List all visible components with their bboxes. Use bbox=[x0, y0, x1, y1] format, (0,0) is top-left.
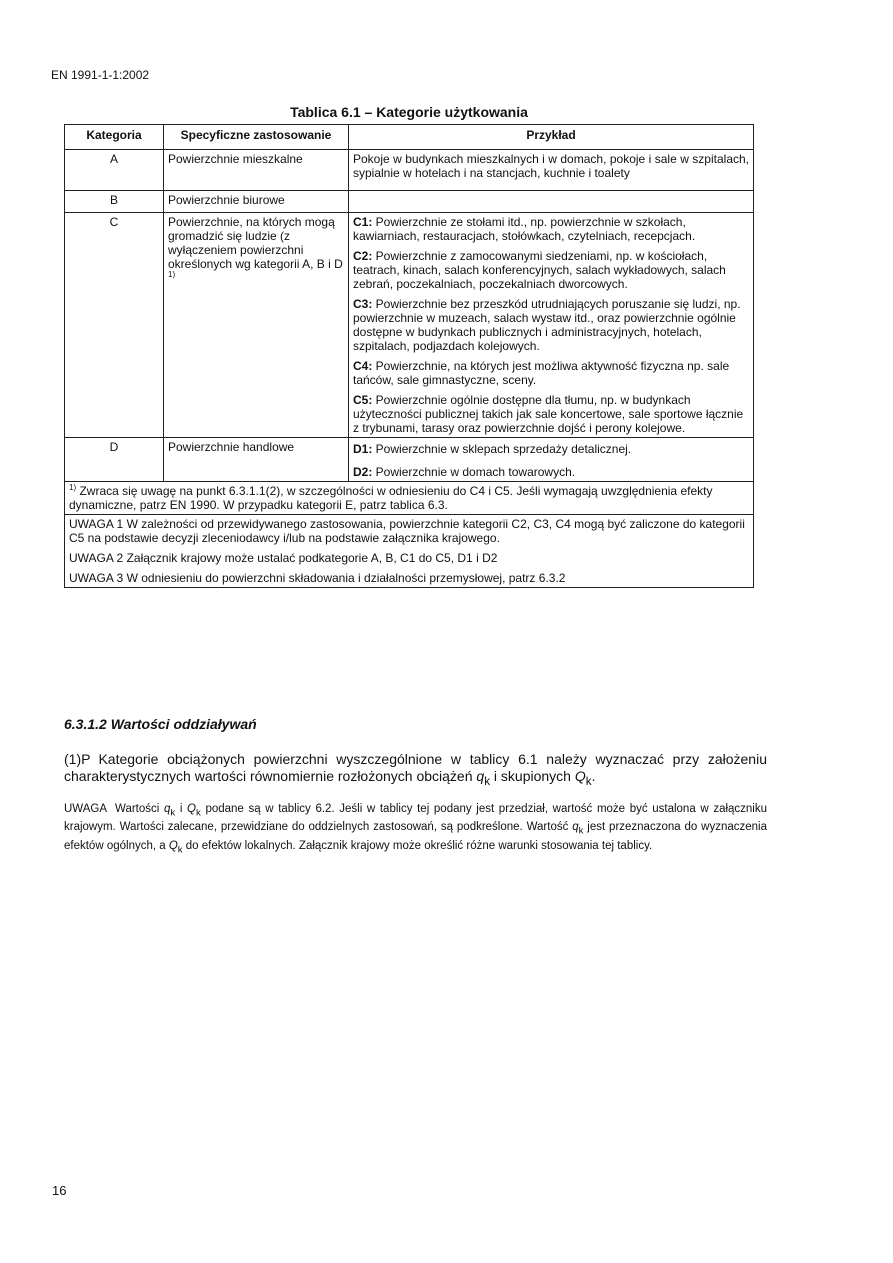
subcategory-code: C3: bbox=[353, 297, 372, 311]
document-id: EN 1991-1-1:2002 bbox=[51, 68, 149, 82]
subcategory-text: Powierzchnie w domach towarowych. bbox=[372, 465, 575, 479]
table-title: Tablica 6.1 – Kategorie użytkowania bbox=[64, 104, 754, 120]
column-header-use: Specyficzne zastosowanie bbox=[164, 125, 349, 150]
subcategory-text: Powierzchnie ze stołami itd., np. powier… bbox=[353, 215, 695, 243]
subcategory-c3: C3: Powierzchnie bez przeszkód utrudniaj… bbox=[353, 297, 749, 353]
example-cell: Pokoje w budynkach mieszkalnych i w doma… bbox=[349, 150, 754, 191]
note-2: UWAGA 2 Załącznik krajowy może ustalać p… bbox=[69, 551, 749, 565]
table-footnote: 1) Zwraca się uwagę na punkt 6.3.1.1(2),… bbox=[65, 482, 754, 515]
table-row-c: C Powierzchnie, na których mogą gromadzi… bbox=[65, 213, 754, 438]
page-number: 16 bbox=[52, 1183, 66, 1198]
note-text: do efektów lokalnych. Załącznik krajowy … bbox=[183, 840, 653, 852]
use-cell: Powierzchnie, na których mogą gromadzić … bbox=[164, 213, 349, 438]
note-text: Wartości bbox=[115, 803, 164, 815]
notes-row: UWAGA 1 W zależności od przewidywanego z… bbox=[65, 515, 754, 588]
symbol-Q: Q bbox=[575, 768, 586, 784]
paragraph-text: i skupionych bbox=[490, 768, 575, 784]
table-notes: UWAGA 1 W zależności od przewidywanego z… bbox=[65, 515, 754, 588]
table-row-d: D Powierzchnie handlowe D1: Powierzchnie… bbox=[65, 438, 754, 482]
subcategory-code: D2: bbox=[353, 465, 372, 479]
note-3: UWAGA 3 W odniesieniu do powierzchni skł… bbox=[69, 571, 749, 585]
subcategory-d2: D2: Powierzchnie w domach towarowych. bbox=[353, 465, 749, 479]
subcategory-c4: C4: Powierzchnie, na których jest możliw… bbox=[353, 359, 749, 387]
note-1: UWAGA 1 W zależności od przewidywanego z… bbox=[69, 517, 749, 545]
subcategory-code: C2: bbox=[353, 249, 372, 263]
note-paragraph: UWAGAWartości qk i Qk podane są w tablic… bbox=[64, 802, 767, 857]
footnote-text: Zwraca się uwagę na punkt 6.3.1.1(2), w … bbox=[69, 484, 712, 512]
example-cell: D1: Powierzchnie w sklepach sprzedaży de… bbox=[349, 438, 754, 482]
subcategory-code: C1: bbox=[353, 215, 372, 229]
section-heading: 6.3.1.2 Wartości oddziaływań bbox=[64, 716, 257, 732]
table-header-row: Kategoria Specyficzne zastosowanie Przyk… bbox=[65, 125, 754, 150]
clause-number: (1)P bbox=[64, 751, 90, 767]
symbol-Q: Q bbox=[169, 840, 178, 852]
subcategory-text: Powierzchnie w sklepach sprzedaży detali… bbox=[372, 442, 631, 456]
category-cell: D bbox=[65, 438, 164, 482]
note-label: UWAGA bbox=[64, 803, 107, 815]
clause-paragraph: (1)PKategorie obciążonych powierzchni wy… bbox=[64, 751, 767, 790]
column-header-example: Przykład bbox=[349, 125, 754, 150]
example-cell: C1: Powierzchnie ze stołami itd., np. po… bbox=[349, 213, 754, 438]
use-cell: Powierzchnie mieszkalne bbox=[164, 150, 349, 191]
subcategory-c2: C2: Powierzchnie z zamocowanymi siedzeni… bbox=[353, 249, 749, 291]
subcategory-code: D1: bbox=[353, 442, 372, 456]
category-cell: B bbox=[65, 191, 164, 213]
subcategory-text: Powierzchnie, na których jest możliwa ak… bbox=[353, 359, 729, 387]
table-row-a: A Powierzchnie mieszkalne Pokoje w budyn… bbox=[65, 150, 754, 191]
subcategory-c5: C5: Powierzchnie ogólnie dostępne dla tł… bbox=[353, 393, 749, 435]
example-cell-empty bbox=[349, 191, 754, 213]
footnote-ref: 1) bbox=[168, 270, 175, 279]
subcategory-c1: C1: Powierzchnie ze stołami itd., np. po… bbox=[353, 215, 749, 243]
paragraph-text: Kategorie obciążonych powierzchni wyszcz… bbox=[64, 751, 767, 784]
use-text: Powierzchnie, na których mogą gromadzić … bbox=[168, 215, 343, 271]
subcategory-code: C4: bbox=[353, 359, 372, 373]
column-header-category: Kategoria bbox=[65, 125, 164, 150]
paragraph-text: . bbox=[592, 768, 596, 784]
categories-table: Kategoria Specyficzne zastosowanie Przyk… bbox=[64, 124, 754, 588]
subcategory-text: Powierzchnie bez przeszkód utrudniającyc… bbox=[353, 297, 741, 353]
category-cell: C bbox=[65, 213, 164, 438]
note-text: i bbox=[175, 803, 187, 815]
subcategory-text: Powierzchnie z zamocowanymi siedzeniami,… bbox=[353, 249, 726, 291]
table-row-b: B Powierzchnie biurowe bbox=[65, 191, 754, 213]
subcategory-text: Powierzchnie ogólnie dostępne dla tłumu,… bbox=[353, 393, 743, 435]
footnote-row: 1) Zwraca się uwagę na punkt 6.3.1.1(2),… bbox=[65, 482, 754, 515]
subcategory-d1: D1: Powierzchnie w sklepach sprzedaży de… bbox=[353, 442, 749, 456]
use-cell: Powierzchnie handlowe bbox=[164, 438, 349, 482]
category-cell: A bbox=[65, 150, 164, 191]
use-cell: Powierzchnie biurowe bbox=[164, 191, 349, 213]
symbol-Q: Q bbox=[187, 803, 196, 815]
subcategory-code: C5: bbox=[353, 393, 372, 407]
